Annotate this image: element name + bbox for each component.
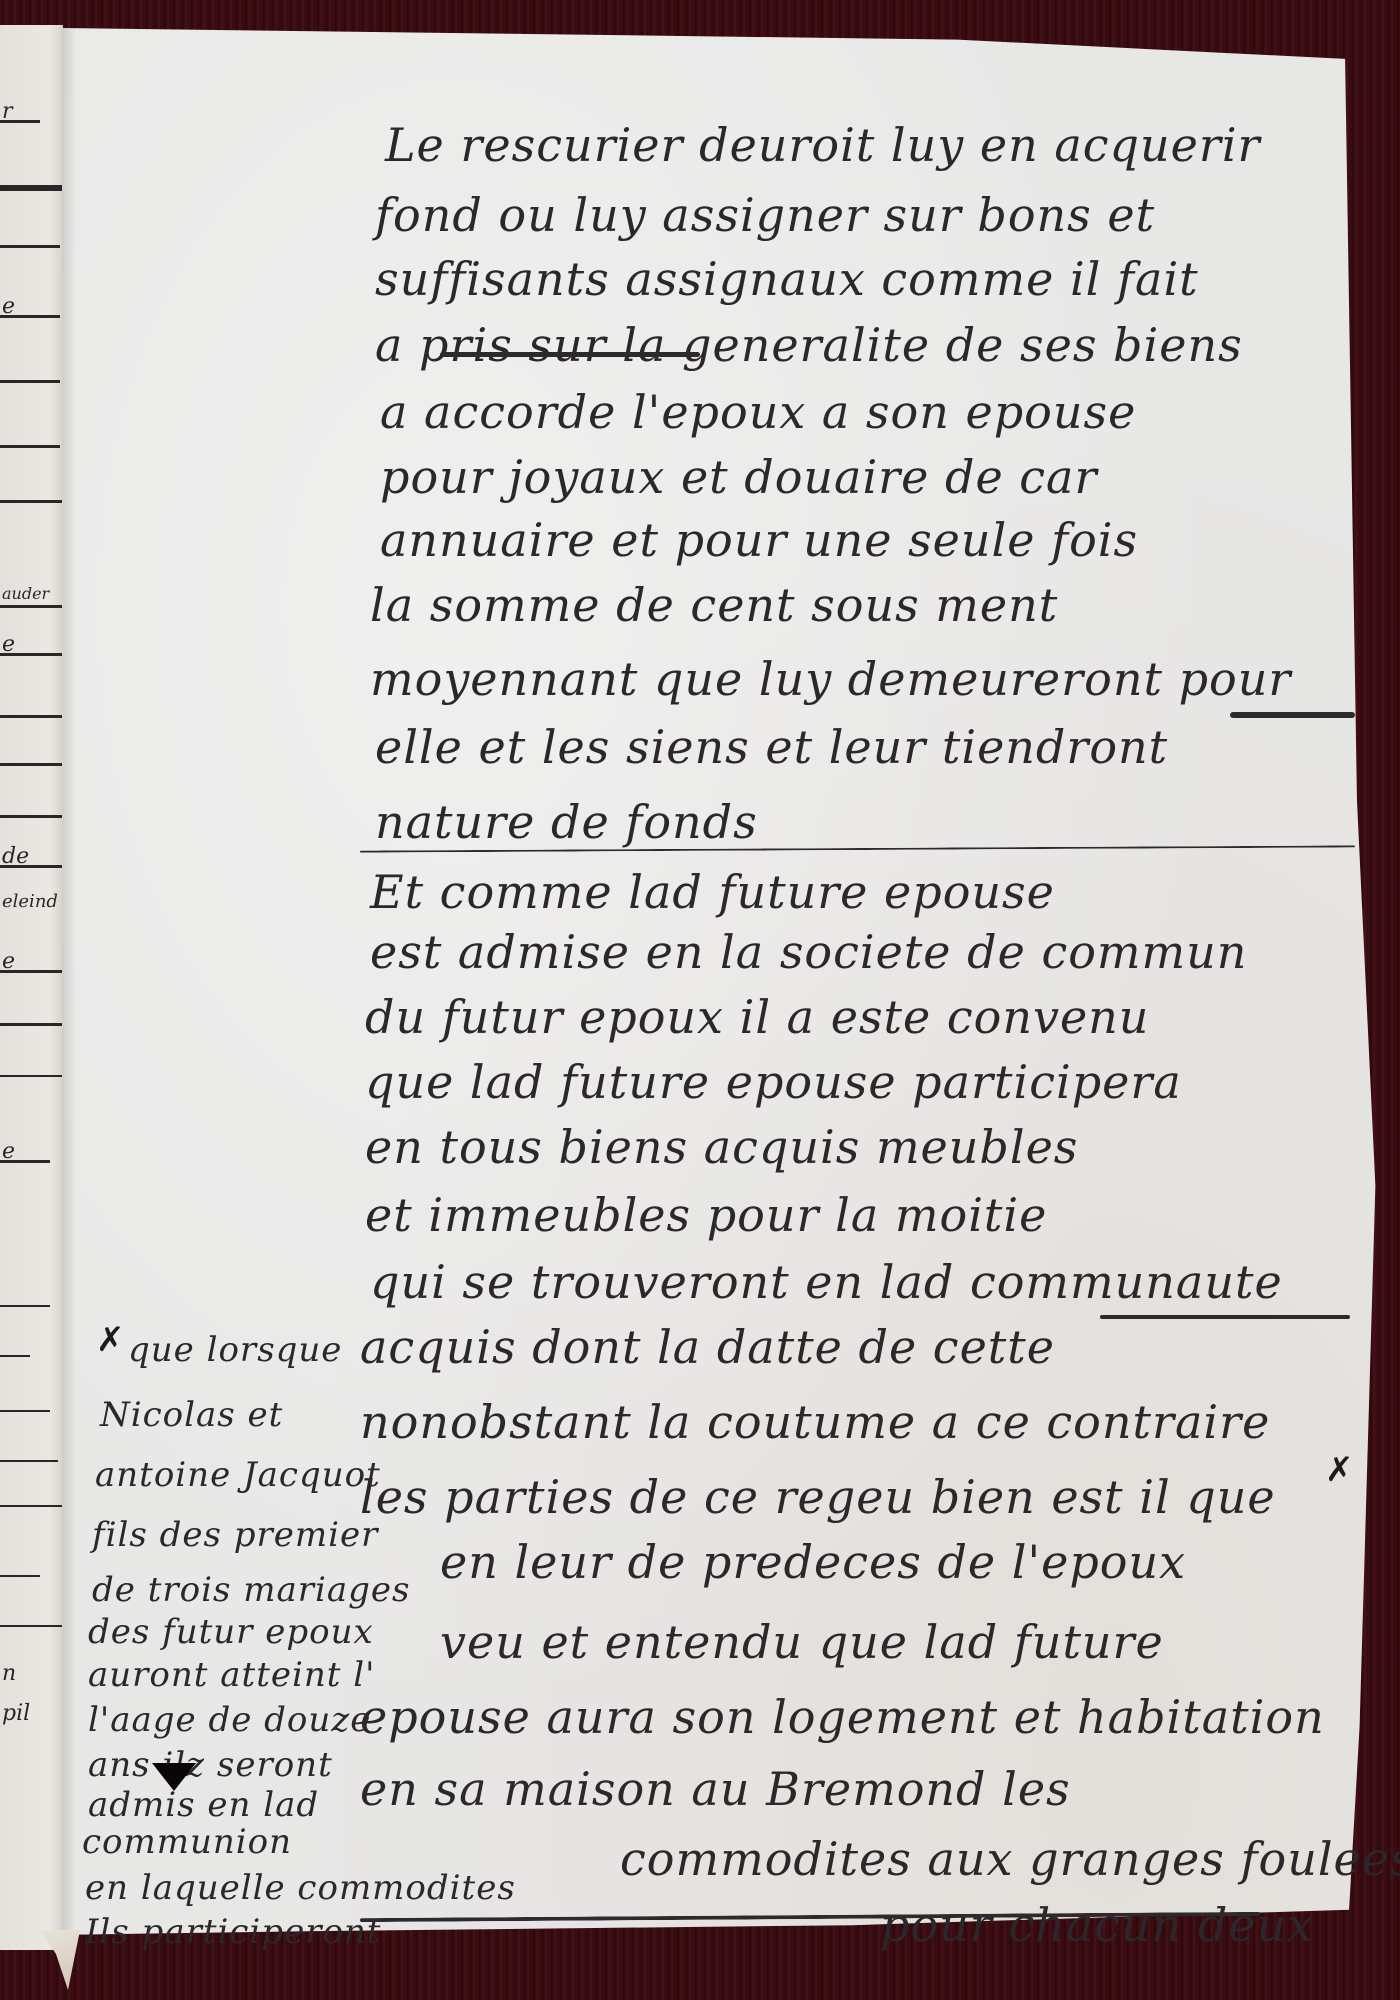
margin-line: fils des premier: [92, 1515, 378, 1555]
margin-line: antoine Jacquot: [95, 1455, 381, 1495]
text-line: a accorde l'epoux a son epouse: [380, 385, 1136, 439]
text-line: en sa maison au Bremond les: [360, 1762, 1071, 1816]
text-line: moyennant que luy demeureront pour: [370, 652, 1291, 706]
text-line: annuaire et pour une seule fois: [380, 513, 1138, 567]
margin-line: des futur epoux: [88, 1612, 374, 1652]
facing-page-line: de: [0, 865, 62, 868]
facing-page-line: [0, 1505, 62, 1507]
folded-corner: [40, 1930, 80, 1990]
facing-page-line: [0, 1410, 50, 1412]
facing-page-line: [0, 715, 62, 718]
facing-page-line: [0, 763, 62, 766]
facing-page-line: auder: [0, 605, 62, 608]
margin-line: l'aage de douze: [88, 1700, 371, 1740]
facing-page-line: e: [0, 653, 62, 656]
facing-page-line: [0, 245, 60, 248]
margin-line: communion: [82, 1822, 292, 1862]
margin-line: en laquelle commodites: [85, 1868, 516, 1908]
facing-page-line: [0, 185, 62, 191]
text-line: les parties de ce regeu bien est il que: [360, 1470, 1276, 1524]
paper-hole: [152, 1763, 196, 1791]
facing-page-line: r: [0, 120, 40, 123]
text-line: en leur de predeces de l'epoux: [440, 1535, 1186, 1589]
insertion-mark-icon: ✗: [96, 1320, 125, 1360]
flourish-line: [1100, 1315, 1350, 1319]
text-line: est admise en la societe de commun: [370, 925, 1247, 979]
facing-page-strip: r e auder e de eleind e e n pil: [0, 25, 63, 1950]
margin-line: que lorsque: [128, 1330, 342, 1370]
margin-line: ans ilz seront: [88, 1745, 333, 1785]
facing-page-line: [0, 815, 62, 818]
text-line: commodites aux granges foulees: [620, 1832, 1400, 1886]
facing-page-line: e: [0, 315, 60, 318]
facing-page-line: [0, 1075, 62, 1077]
facing-page-line: [0, 500, 62, 503]
facing-page-line: [0, 1355, 30, 1357]
text-line: fond ou luy assigner sur bons et: [375, 188, 1155, 242]
margin-line: Ils participeront: [85, 1912, 381, 1952]
facing-page-line: e: [0, 970, 62, 973]
text-line: epouse aura son logement et habitation: [360, 1690, 1325, 1744]
text-line: suffisants assignaux comme il fait: [375, 252, 1199, 306]
text-line: la somme de cent sous ment: [370, 578, 1058, 632]
insertion-mark-icon: ✗: [1325, 1450, 1354, 1490]
text-line: pour chacun deux: [880, 1898, 1314, 1952]
margin-line: auront atteint l': [88, 1655, 375, 1695]
text-line: nature de fonds: [375, 795, 758, 849]
text-line: Le rescurier deuroit luy en acquerir: [385, 118, 1261, 172]
margin-line: Nicolas et: [100, 1395, 283, 1435]
text-line: que lad future epouse participera: [365, 1055, 1182, 1109]
text-line: elle et les siens et leur tiendront: [375, 720, 1168, 774]
facing-page-line: [0, 1460, 58, 1462]
facing-page-line: [0, 445, 60, 448]
margin-line: de trois mariages: [92, 1570, 410, 1610]
text-line: qui se trouveront en lad communaute: [370, 1255, 1283, 1309]
facing-page-line: [0, 1575, 40, 1577]
text-line: et immeubles pour la moitie: [365, 1188, 1047, 1242]
gutter-fold: [62, 28, 76, 1938]
facing-page-line: [0, 1625, 62, 1627]
facing-page-line: [0, 1023, 62, 1026]
text-line: du futur epoux il a este convenu: [365, 990, 1149, 1044]
text-line: en tous biens acquis meubles: [365, 1120, 1078, 1174]
text-line: a pris sur la generalite de ses biens: [375, 318, 1243, 372]
text-line: nonobstant la coutume a ce contraire: [360, 1395, 1270, 1449]
flourish-line: [440, 352, 700, 357]
margin-line: admis en lad: [88, 1785, 319, 1825]
text-line: pour joyaux et douaire de car: [380, 450, 1097, 504]
text-line: acquis dont la datte de cette: [360, 1320, 1055, 1374]
facing-page-line: e: [0, 1160, 50, 1163]
text-line: Et comme lad future epouse: [370, 865, 1055, 919]
facing-page-line: [0, 1305, 50, 1307]
text-line: veu et entendu que lad future: [440, 1615, 1164, 1669]
flourish-line: [1230, 712, 1355, 718]
facing-page-line: [0, 380, 60, 383]
